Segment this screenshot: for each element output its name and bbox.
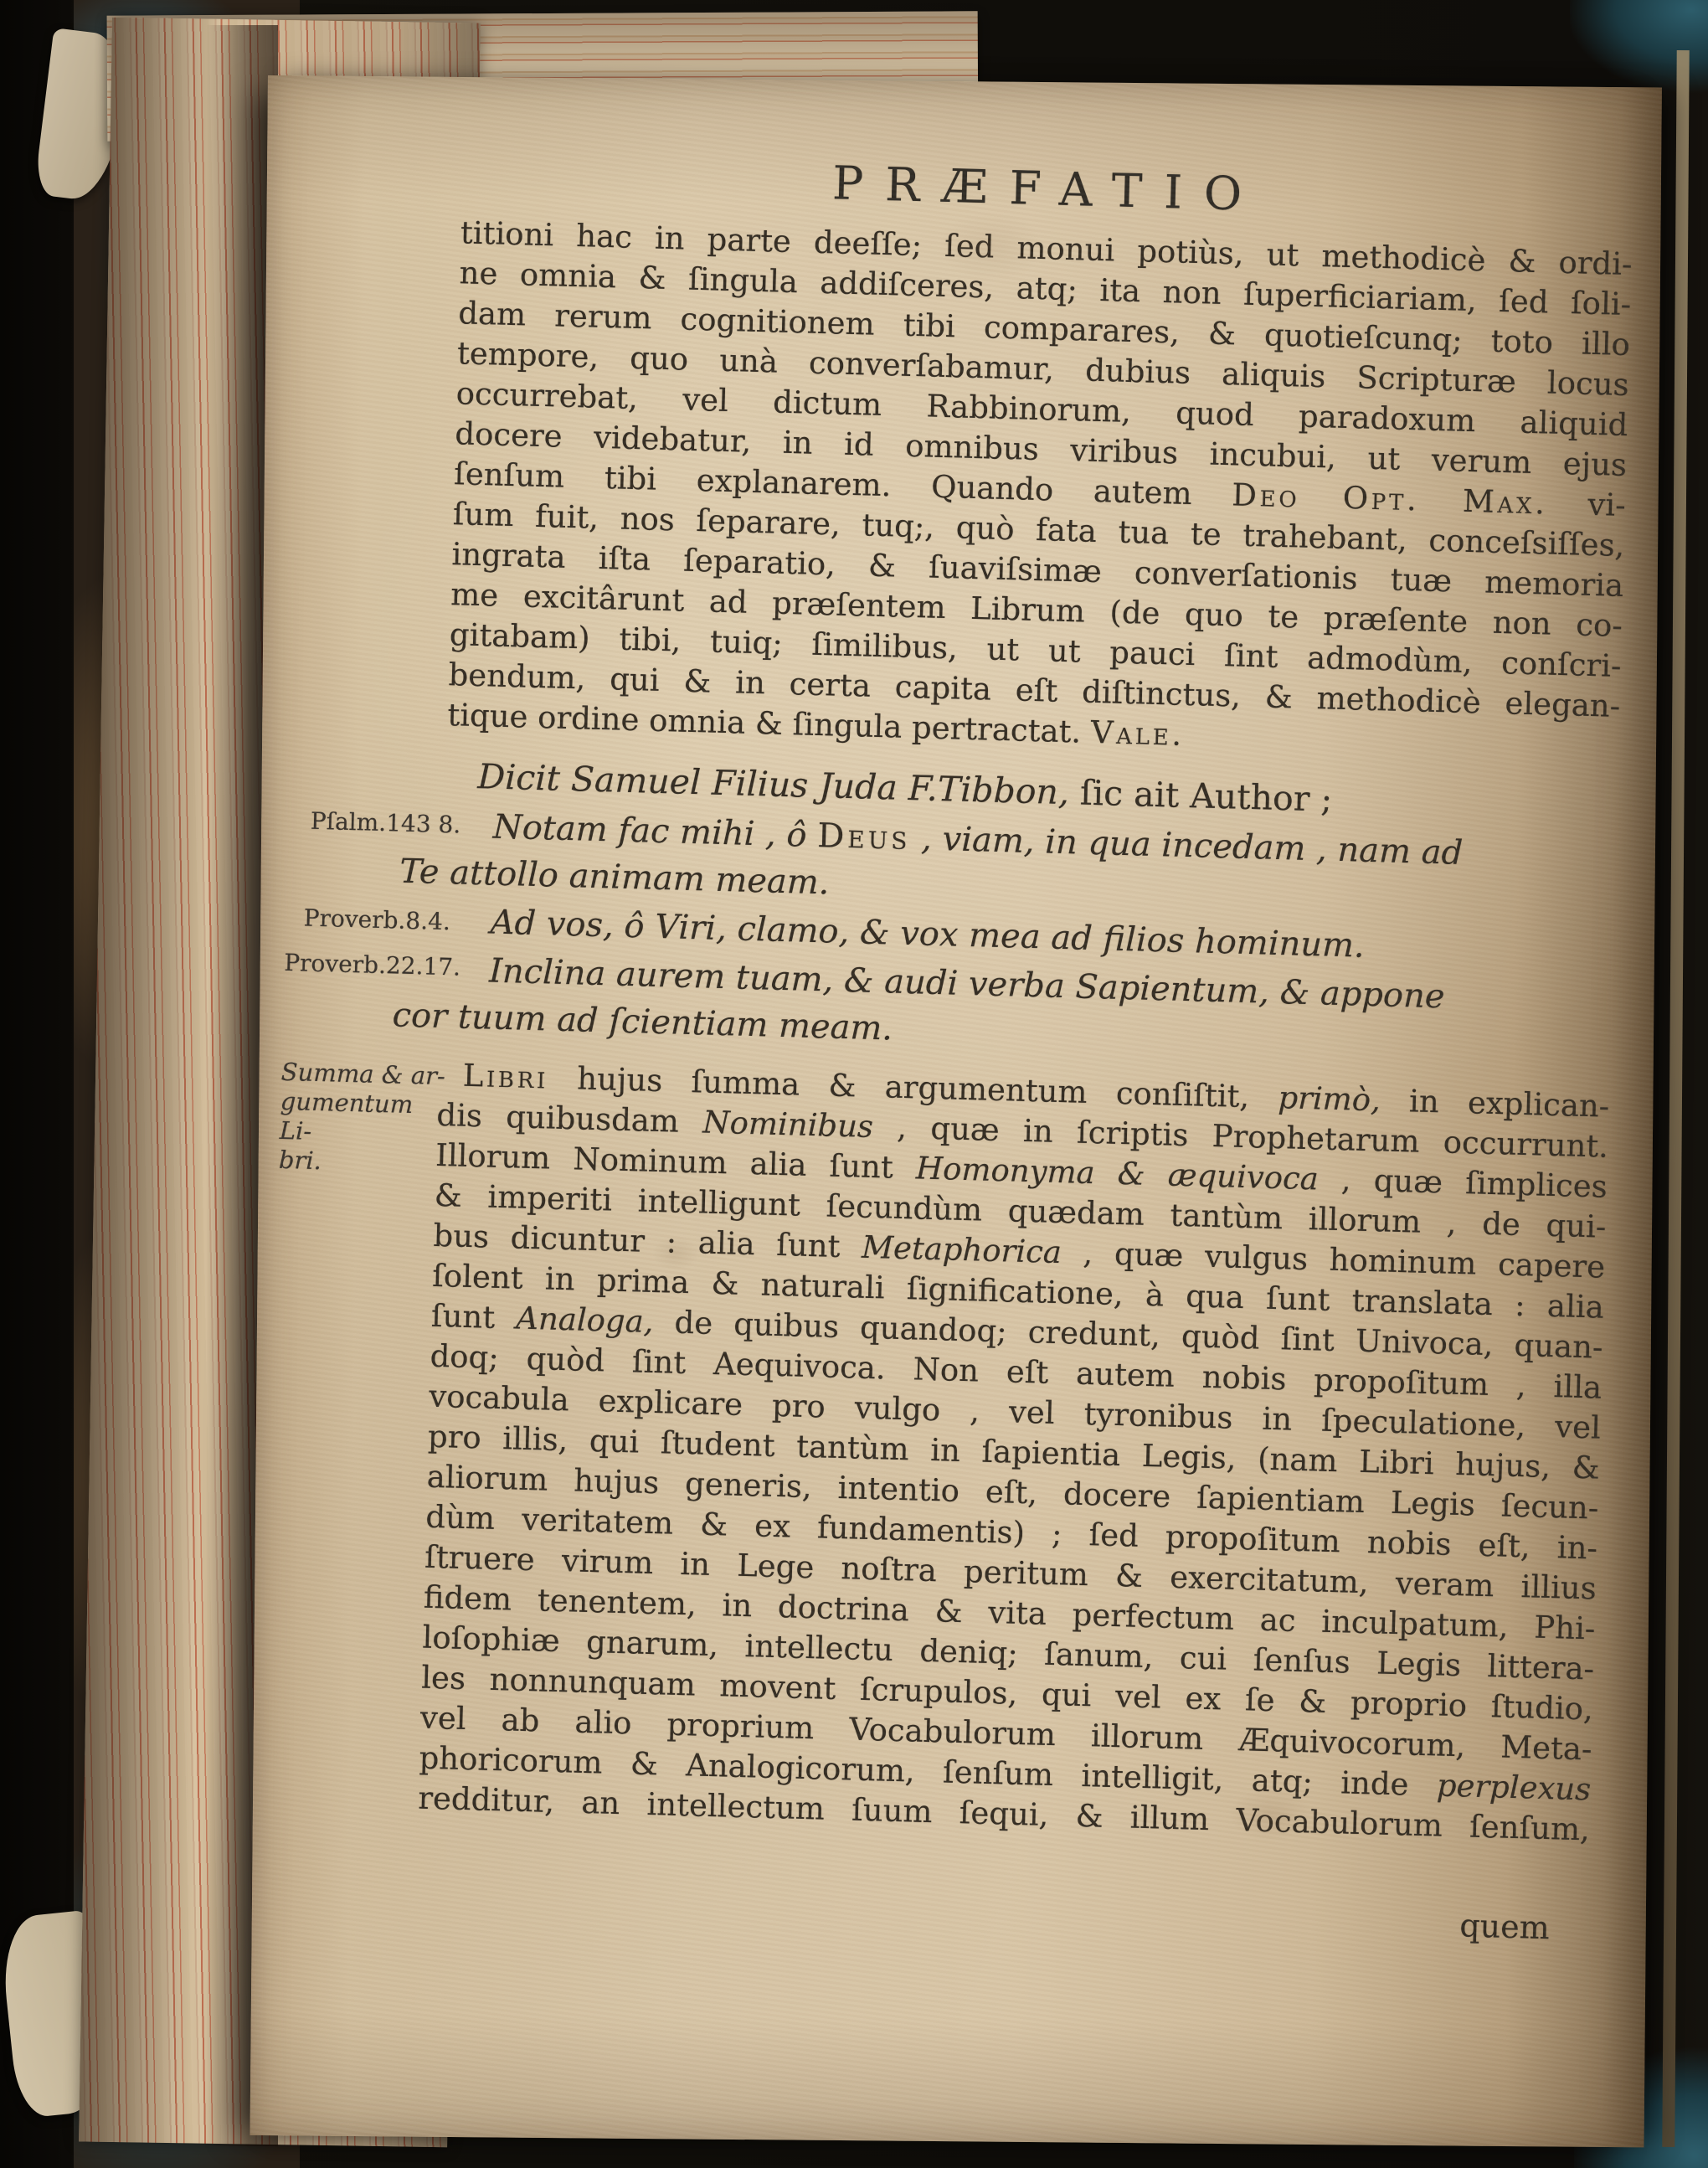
text-column: titioni hac in parte deeſſe; ſed monui p…	[465, 80, 1636, 112]
adjacent-page-edge	[1662, 50, 1689, 2147]
margin-note-proverb-8-4: Proverb.8.4.	[303, 904, 471, 937]
margin-note-line: bri.	[278, 1146, 446, 1179]
margin-note-line: gumentum Li-	[279, 1087, 448, 1150]
margin-note-psalm-143-8: Pſalm.143 8.	[310, 807, 478, 840]
margin-note-line: Pſalm.143 8.	[310, 807, 478, 840]
catchword: quem	[1407, 1906, 1550, 1947]
margin-notes: Pſalm.143 8.Proverb.8.4.Proverb.22.17.Su…	[268, 75, 1661, 113]
margin-note-summa-argumentum: Summa & ar-gumentum Li-bri.	[278, 1058, 449, 1179]
margin-note-line: Summa & ar-	[280, 1058, 449, 1091]
argument-paragraph: Libri hujus ſumma & argumentum conſiſtit…	[418, 1055, 1610, 1851]
opening-paragraph: titioni hac in parte deeſſe; ſed monui p…	[447, 213, 1633, 767]
margin-note-proverb-22-17: Proverb.22.17.	[284, 949, 452, 981]
page-text-layer: PRÆFATIO titioni hac in parte deeſſe; ſe…	[212, 75, 1661, 2168]
margin-note-line: Proverb.8.4.	[303, 904, 471, 937]
book-page: PRÆFATIO titioni hac in parte deeſſe; ſe…	[250, 75, 1662, 2147]
margin-note-line: Proverb.22.17.	[284, 949, 452, 981]
book-photo: PRÆFATIO titioni hac in parte deeſſe; ſe…	[0, 0, 1708, 2168]
